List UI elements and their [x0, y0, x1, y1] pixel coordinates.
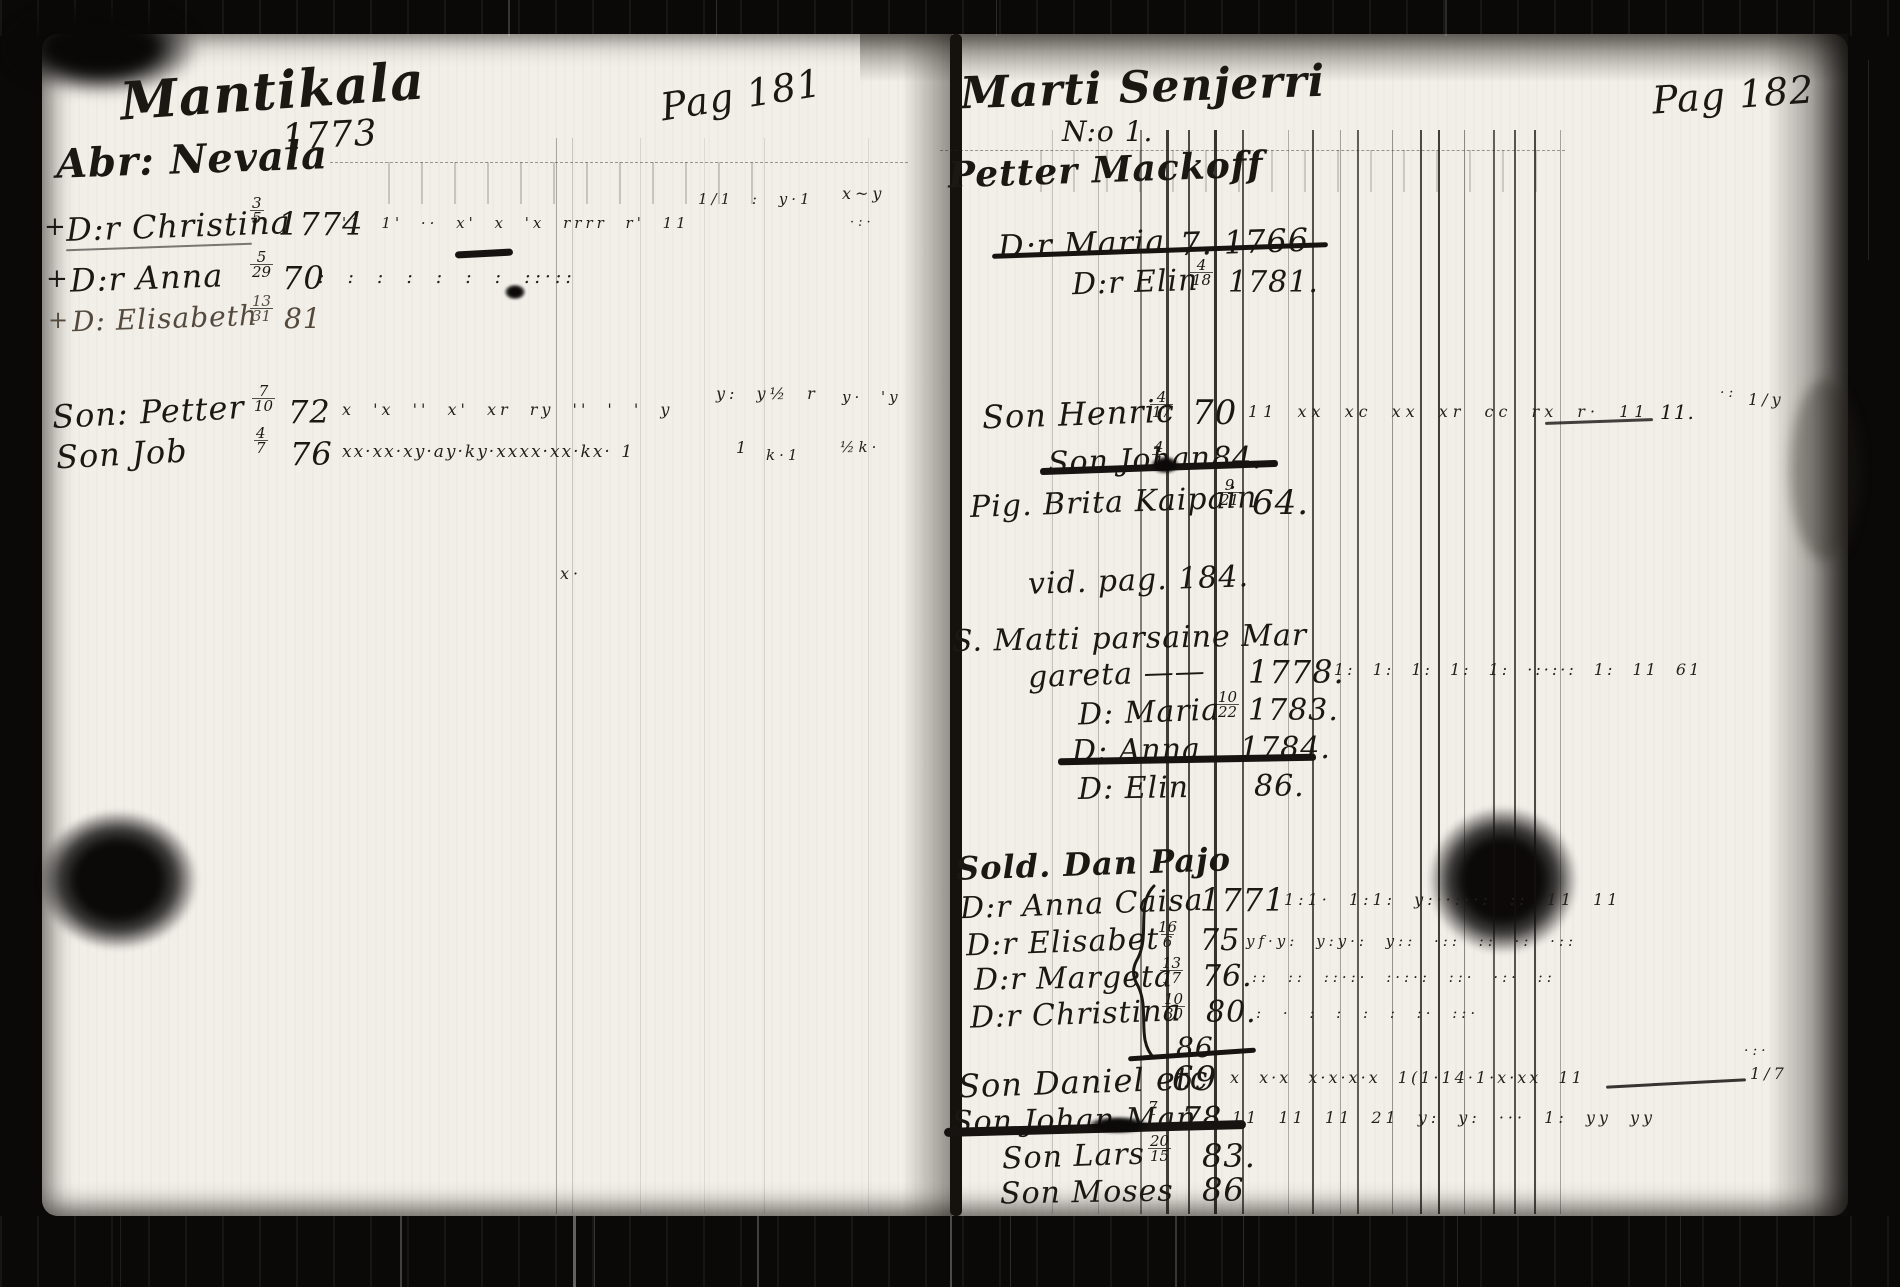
- entry-date-fraction: 417: [1150, 390, 1173, 420]
- column-rule-faint: [556, 138, 557, 1214]
- scratch-line: [400, 1216, 402, 1287]
- entry-date-fraction: 418: [1190, 258, 1213, 288]
- entry-name: D:r Elin: [1072, 266, 1199, 300]
- communion-marks: 11 xx xc xx xr cc rx r· 11: [1248, 404, 1649, 420]
- column-rule-faint: [704, 138, 705, 1214]
- communion-marks: : : : : : : : ::·::: [318, 268, 576, 287]
- entry-name: D: Elin: [1078, 773, 1190, 805]
- scratch-line: [757, 1216, 759, 1287]
- entry-year: 76: [290, 438, 333, 470]
- scratch-line: [1243, 1216, 1244, 1287]
- right-page-number-heading: N:o 1.: [1062, 118, 1153, 146]
- tally-marks: 1/1 : y·1: [698, 192, 814, 207]
- entry-date-fraction: 1317: [1160, 956, 1183, 986]
- entry-year: 81: [284, 305, 322, 333]
- scanned-parish-register: Mantikala 1773 Pag 181 Abr: Nevala + D:r…: [0, 0, 1900, 1287]
- scratch-line: [996, 0, 997, 36]
- scratch-line: [594, 1216, 595, 1287]
- communion-marks: 11 11 11 21 y: y: ··· 1: yy yy: [1232, 1110, 1656, 1126]
- entry-year: 84.: [1212, 444, 1263, 474]
- column-rule-faint: [868, 138, 869, 1214]
- entry-prefix: +: [44, 214, 67, 240]
- ink-dot: [1086, 1116, 1150, 1134]
- tally-marks: ½k·: [840, 440, 880, 455]
- entry-prefix: +: [46, 266, 69, 292]
- communion-marks: 1:1· 1:1: y:··:··: :: 11 11: [1284, 892, 1621, 908]
- scratch-line: [1175, 1216, 1177, 1287]
- entry-date-fraction: 529: [250, 250, 273, 280]
- column-rule-faint: [640, 138, 641, 1214]
- ink-dot: [504, 284, 526, 300]
- entry-name: D:r Christina: [970, 996, 1182, 1033]
- entry-date-fraction: 1030: [1162, 992, 1185, 1022]
- scratch-line: [508, 0, 510, 36]
- tally-marks: 1: [736, 440, 750, 456]
- entry-year: 69: [1172, 1062, 1217, 1096]
- communion-marks: : · : : : : :· ::·: [1256, 1006, 1479, 1021]
- communion-marks: xx·xx·xy·ay·ky·xxxx·xx·kx· 1: [342, 444, 634, 461]
- scratch-line: [120, 1216, 121, 1287]
- right-page-number: Pag 182: [1651, 70, 1816, 119]
- tally-marks: k·1: [766, 448, 801, 463]
- entry-year: 1781.: [1228, 268, 1319, 298]
- entry-year: 7. 1766: [1179, 224, 1309, 260]
- communion-marks: '1 1' ·· x' x 'x rrrr r' 11: [342, 216, 690, 231]
- entry-date-fraction: 166: [1158, 920, 1177, 950]
- entry-year: 83.: [1202, 1140, 1256, 1172]
- household-heading: Abr: Nevala: [55, 135, 328, 184]
- entry-date-fraction: 1331: [250, 294, 273, 324]
- scratch-line: [1680, 1216, 1681, 1287]
- scratch-line: [1868, 60, 1869, 260]
- tally-marks: y· 'y: [842, 390, 902, 405]
- scratch-line: [1010, 1216, 1011, 1287]
- entry-year: 76.: [1202, 962, 1253, 992]
- entry-name: Son Henric: [982, 395, 1176, 434]
- communion-marks: 1: 1: 1: 1: 1: ·:·:·: 1: 11 61: [1334, 662, 1702, 678]
- household-heading-cont: gareta ——: [1028, 657, 1207, 693]
- tally-marks: x~y: [842, 186, 885, 202]
- entry-year: 1771: [1200, 884, 1285, 916]
- entry-name: Son: Petter: [51, 391, 245, 433]
- entry-name: D:r Anna: [69, 259, 223, 296]
- communion-marks: yf·y: y:y·: y:: ·:: :: ·: ·::: [1246, 934, 1577, 949]
- tally-marks: ·:: [1720, 386, 1737, 400]
- entry-year: 1783.: [1248, 696, 1339, 726]
- tally-marks: ·:·: [850, 216, 875, 229]
- column-rule-faint: [764, 138, 765, 1214]
- entry-date-fraction: 2015: [1148, 1134, 1171, 1164]
- tally-marks: 11.: [1660, 402, 1695, 422]
- entry-year: 1778.: [1248, 656, 1345, 688]
- stray-mark: x·: [560, 566, 582, 582]
- entry-year: 75: [1200, 926, 1240, 956]
- entry-date-fraction: 921: [1218, 478, 1241, 508]
- entry-name: Son Job: [55, 435, 188, 474]
- entry-name: Son Moses: [1000, 1176, 1174, 1209]
- entry-year: 70: [1192, 396, 1237, 430]
- tally-marks: 1/y: [1748, 392, 1785, 408]
- entry-name: D:r Margeta: [974, 962, 1173, 995]
- tally-marks: y: y½ r: [716, 386, 819, 402]
- ink-blot-left: [38, 810, 198, 950]
- tally-marks: ·:·: [1744, 1044, 1770, 1058]
- entry-year: 80.: [1206, 998, 1257, 1028]
- scratch-line: [573, 1216, 576, 1287]
- entry-date-fraction: 710: [252, 384, 275, 414]
- entry-year: 72: [288, 396, 331, 428]
- column-rule-faint: [572, 138, 573, 1214]
- entry-prefix: +: [48, 308, 69, 332]
- ink-dot: [1150, 456, 1180, 474]
- right-page-title: Marti Senjerri: [959, 60, 1326, 117]
- communion-marks: x 'x '' x' xr ry '' ' ' y: [342, 402, 673, 418]
- entry-name: D: Maria: [1078, 696, 1221, 731]
- household-heading: Petter Mackoff: [947, 147, 1264, 194]
- entry-year: 86.: [1254, 772, 1305, 802]
- entry-date-fraction: 47: [254, 426, 268, 456]
- entry-date-fraction: 1022: [1216, 690, 1239, 720]
- scratch-line: [1457, 1216, 1458, 1287]
- entry-name: D:r Elisabet: [966, 925, 1160, 962]
- scan-border-top: [0, 0, 1900, 36]
- entry-date-fraction: 35: [250, 196, 264, 226]
- communion-marks: x x·x x·x·x·x 1(1·14·1·x·xx 11: [1230, 1070, 1585, 1086]
- household-heading: Sold. Dan Pajo: [956, 843, 1232, 885]
- entry-date-fraction: 7: [1148, 1100, 1158, 1115]
- scratch-line: [950, 1216, 952, 1287]
- communion-marks: :: :: ::·:· :·:·: ::· ·:· ::: [1252, 970, 1556, 985]
- tally-marks: 1/7: [1750, 1066, 1788, 1082]
- scratch-line: [716, 0, 717, 36]
- entry-year: 86: [1176, 1034, 1214, 1062]
- entry-year: 64.: [1252, 486, 1309, 520]
- entry-year: 86: [1202, 1174, 1245, 1206]
- entry-name: D: Elisabeth: [72, 302, 259, 336]
- edge-smudge: [1790, 380, 1860, 560]
- scratch-line: [1445, 0, 1447, 36]
- entry-name: Son Lars: [1002, 1140, 1146, 1175]
- household-heading: S. Matti parsaine Mar: [952, 621, 1308, 657]
- reference-note: vid. pag. 184.: [1028, 562, 1250, 600]
